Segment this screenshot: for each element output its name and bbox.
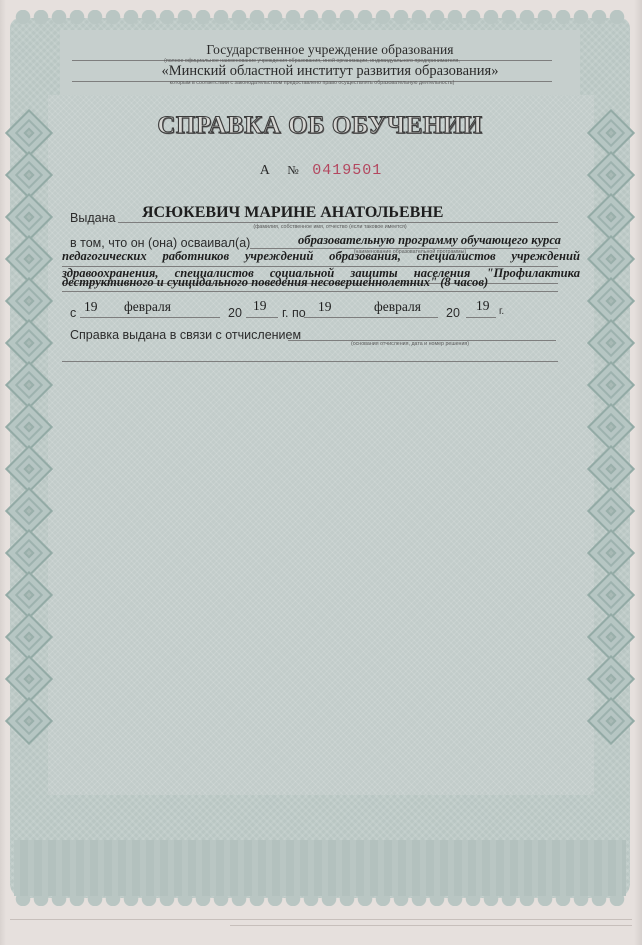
- year-suffix: г.: [499, 306, 504, 317]
- serial-series: А: [260, 163, 270, 178]
- expulsion-label: Справка выдана в связи с отчислением: [70, 328, 301, 342]
- organization-name: «Минский областной институт развития обр…: [120, 63, 540, 80]
- period-from-underline: [80, 317, 220, 318]
- period-from-year: 19: [253, 298, 267, 314]
- period-from-day: 19: [84, 299, 98, 315]
- recipient-hint: (фамилия, собственное имя, отчество (есл…: [160, 224, 500, 230]
- period-from-prefix: с: [70, 306, 76, 320]
- program-line-1: образовательную программу обучающего кур…: [298, 233, 580, 248]
- expulsion-underline-2: [62, 361, 558, 362]
- serial-number: 0419501: [312, 162, 382, 179]
- number-sign: №: [287, 163, 298, 177]
- program-underline-4: [62, 291, 558, 292]
- period-to-day: 19: [318, 299, 332, 315]
- program-line-2: педагогических работников учреждений обр…: [62, 249, 580, 264]
- recipient-name: ЯСЮКЕВИЧ МАРИНЕ АНАТОЛЬЕВНЕ: [142, 204, 443, 222]
- period-to-label: г. по: [282, 306, 306, 320]
- organization-hint-2: которым в соответствии с законодательств…: [72, 80, 552, 86]
- program-label: в том, что он (она) осваивал(а): [70, 236, 250, 250]
- certificate-sheet: Государственное учреждение образования (…: [0, 0, 642, 945]
- period-to-year: 19: [476, 298, 490, 314]
- recipient-underline: [118, 222, 558, 223]
- issued-to-label: Выдана: [70, 211, 115, 225]
- organization-type: Государственное учреждение образования: [120, 42, 540, 58]
- period-to-month: февраля: [374, 299, 421, 315]
- period-from-year-underline: [246, 317, 278, 318]
- certificate-content: Государственное учреждение образования (…: [0, 0, 642, 945]
- document-title: СПРАВКА ОБ ОБУЧЕНИИ: [110, 112, 530, 140]
- program-line-4: деструктивного и суицидального поведения…: [62, 275, 488, 290]
- century-prefix-2: 20: [446, 306, 460, 320]
- period-from-month: февраля: [124, 299, 171, 315]
- period-to-year-underline: [466, 317, 496, 318]
- century-prefix-1: 20: [228, 306, 242, 320]
- period-to-underline: [304, 317, 438, 318]
- serial-number-row: А № 0419501: [0, 162, 642, 179]
- expulsion-hint: (основания отчисления, дата и номер реше…: [320, 341, 500, 347]
